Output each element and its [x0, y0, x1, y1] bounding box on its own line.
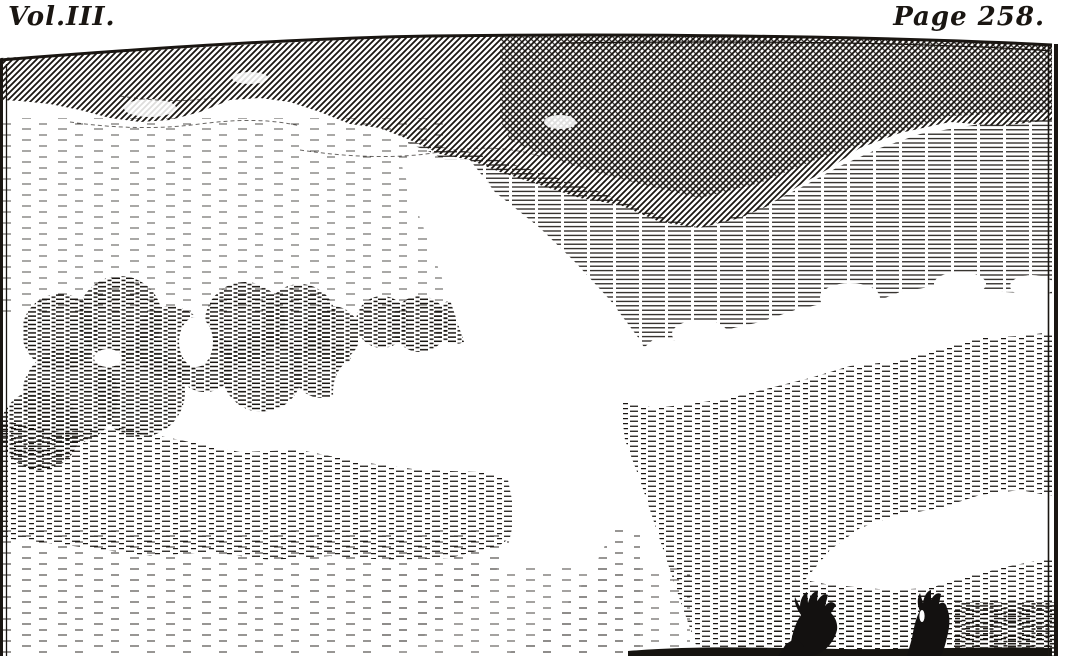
light-sky-flecks — [0, 118, 445, 313]
right-hand-highlight — [919, 610, 924, 622]
bottom-centre-sparse — [380, 565, 690, 656]
engraving-plate — [0, 0, 1067, 656]
book-plate-page: Vol.III. Page 258. — [0, 0, 1067, 656]
sky-engraving — [0, 35, 1067, 656]
